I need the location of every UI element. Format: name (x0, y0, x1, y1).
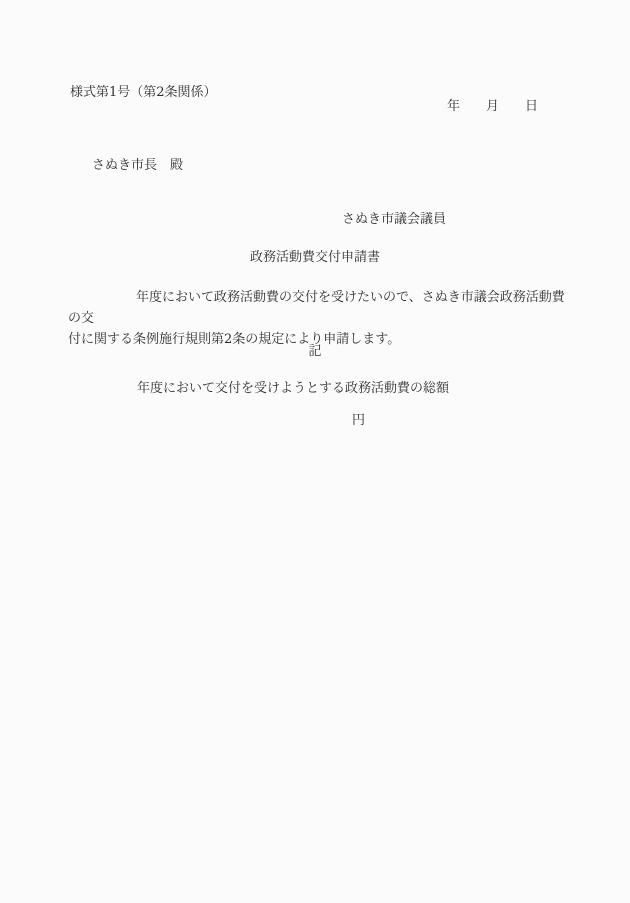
yen-unit-label: 円 (352, 412, 365, 431)
date-fill-in-line: 年 月 日 (447, 98, 538, 117)
addressee-label: さぬき市長 殿 (92, 157, 183, 176)
body-paragraph: 年度において政務活動費の交付を受けたいので、さぬき市議会政務活動費の交 付に関す… (68, 287, 570, 350)
document-title: 政務活動費交付申請書 (0, 249, 630, 268)
note-marker: 記 (0, 343, 630, 362)
form-number-label: 様式第1号（第2条関係） (70, 84, 217, 103)
body-paragraph-line-1: 年度において政務活動費の交付を受けたいので、さぬき市議会政務活動費の交 (68, 287, 570, 329)
application-form-page: 様式第1号（第2条関係） 年 月 日 さぬき市長 殿 さぬき市議会議員 政務活動… (0, 0, 630, 903)
applicant-title-label: さぬき市議会議員 (342, 211, 446, 230)
total-amount-label: 年度において交付を受けようとする政務活動費の総額 (137, 380, 449, 399)
